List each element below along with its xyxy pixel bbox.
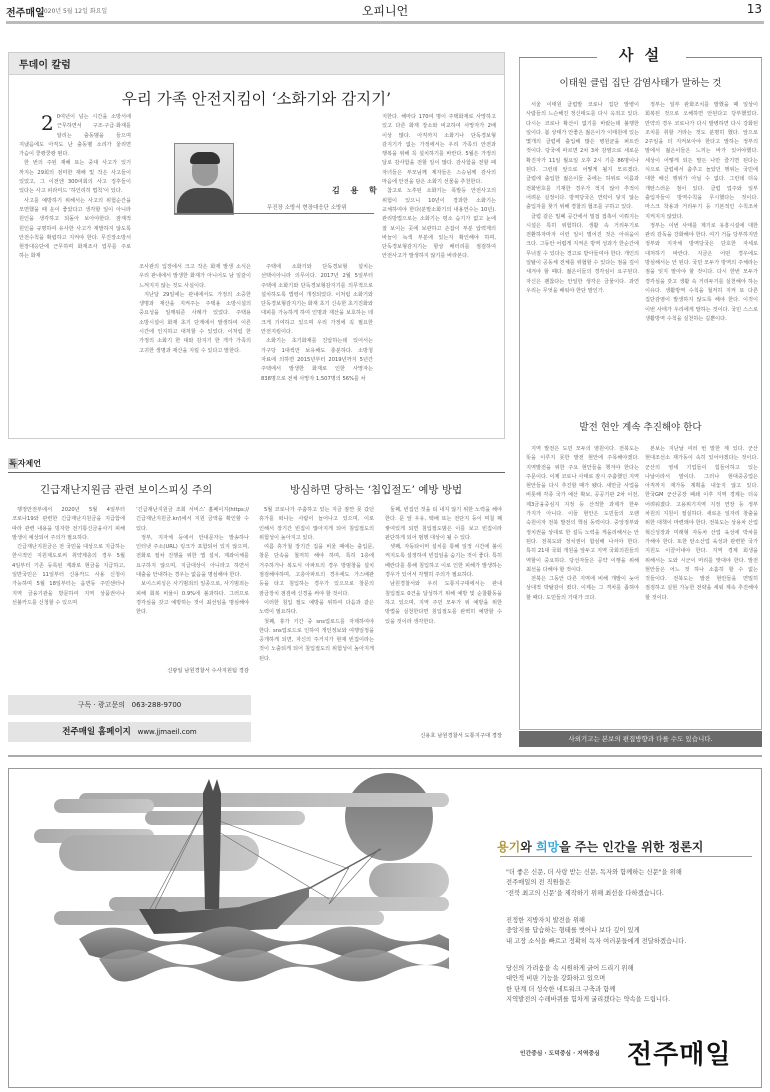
header-divider xyxy=(6,21,764,24)
sailboat-illustration-icon xyxy=(9,769,449,1087)
reader-article-2-byline: 신용호 남원경찰서 도통지구대 경장 xyxy=(385,731,502,739)
ad-logo: 전주매일 xyxy=(627,1034,731,1071)
editorial-2-headline: 발전 현안 계속 추진해야 한다 xyxy=(519,419,762,433)
reader-column-label: 독자제언 xyxy=(8,458,41,469)
page-header: 전주매일 2020년 5월 12일 화요일 오피니언 13 xyxy=(0,0,770,24)
today-column-headline: 우리 가족 안전지킴이 ‘소화기와 감지기’ xyxy=(9,87,504,109)
editorial-1-column-2: 정부는 일부 완화조치를 발했을 때 일상이 회복된 것으로 오해하면 안된다고… xyxy=(645,101,758,408)
article-column-1: 2 0여년이 넘는 시간을 소방서에 근무하면서 구조·구급·화재를 알리는 출… xyxy=(19,113,131,435)
editorial-1-headline: 이태원 클럽 집단 감염사태가 말하는 것 xyxy=(519,75,762,89)
reader-article-2-headline: 방심하면 당하는 ‘침입절도’ 예방 방법 xyxy=(290,482,462,497)
editorial-1-column-1: 서울 이태원 클럽발 코로나 집단 발병이 사람들의 느슨해진 정신태도를 다시… xyxy=(526,101,639,408)
reader-article-1-headline: 긴급재난지원금 관련 보이스피싱 주의 xyxy=(40,482,212,497)
ad-headline-divider xyxy=(500,856,752,857)
homepage-contact: 전주매일 홈페이지 www.jjmaeil.com xyxy=(8,722,251,742)
phone-number: 063-288-9700 xyxy=(132,701,182,709)
article-column-4: 지한다. 해마다 170여 명이 주택화재로 사망하고 있고 다른 화재 장소와… xyxy=(382,113,496,435)
reader-divider xyxy=(8,472,505,473)
editorial-disclaimer-banner: 사외기고는 본보의 편집방향과 다를 수도 있습니다. xyxy=(519,731,762,747)
reader-article-1-byline: 신광일 남원경찰서 수사지원팀 경감 xyxy=(136,666,249,674)
homepage-link[interactable]: www.jjmaeil.com xyxy=(138,728,197,736)
editorial-2-column-1: 지역 발전은 도민 모두의 염원이다. 전북도는 뜻을 이루지 못한 발전 현안… xyxy=(526,445,639,725)
editorial-2-column-2: 본보는 지난날 여러 번 말한 계 있다. 군산 현대조선소 재가동이 속히 있… xyxy=(645,445,758,725)
ad-divider xyxy=(8,755,762,757)
ad-paragraph-3: 당신의 가려움을 속 시원하게 긁어 드리기 위해 대안적 비판 기능을 강화하… xyxy=(506,964,670,1006)
ad-paragraph-2: 진정한 지방자치 발전을 위해 중앙지를 답습하는 형태를 벗어나 보다 깊이 … xyxy=(506,916,686,947)
section-title: 오피니언 xyxy=(0,2,770,19)
ad-slogan: 인간중심 · 도덕중심 · 지역중심 xyxy=(520,1048,600,1057)
author-name: 김 용 학 xyxy=(332,185,381,196)
author-photo xyxy=(174,143,234,215)
ad-paragraph-1: "더 좋은 신문, 더 사랑 받는 신문, 독자와 함께하는 신문"을 위해 전… xyxy=(506,868,682,899)
article-column-2: 조사관의 입장에서 크고 작은 화재 발생 소식은 우리 관내에서 발생한 화재… xyxy=(139,263,251,435)
article-column-3: 주택에 소화기와 단독경보형 설치는 선택이아니라 의무이다. 2017년 2월… xyxy=(261,263,373,435)
editorial-title: 사 설 xyxy=(519,44,762,65)
reader-article-2-column-2: 둘째, 빈집인 것을 티 내지 않기 위한 노력을 해야 한다. 문 앞 우유,… xyxy=(385,506,502,728)
reader-article-1-column-2: ‘긴급재난지원금 조회 서비스’ 홈페이지(https://긴급재난지원금.kr… xyxy=(136,506,249,666)
today-column-label: 투데이 칼럼 xyxy=(9,53,504,75)
page-number: 13 xyxy=(747,2,762,16)
today-column: 투데이 칼럼 우리 가족 안전지킴이 ‘소화기와 감지기’ 2 0여년이 넘는 … xyxy=(8,52,505,439)
drop-cap: 2 xyxy=(41,114,54,132)
author-divider xyxy=(174,213,374,214)
reader-article-2-column-1: 5월 코로나가 주춤하고 있는 지금 잠깐 못 갔던 휴가를 떠나는 사람이 늘… xyxy=(259,506,374,746)
author-title: 무진장 소방서 현장대응단 소방위 xyxy=(267,203,347,211)
reader-article-1-column-1: 행정안전부에서 2020년 5월 4일부터 코로나19와 관련한 긴급재난지원금… xyxy=(12,506,125,678)
ad-headline: 용기와 희망을 주는 인간을 위한 정론지 xyxy=(497,838,703,855)
subscription-contact: 구독 · 광고문의 063-288-9700 xyxy=(8,695,251,715)
